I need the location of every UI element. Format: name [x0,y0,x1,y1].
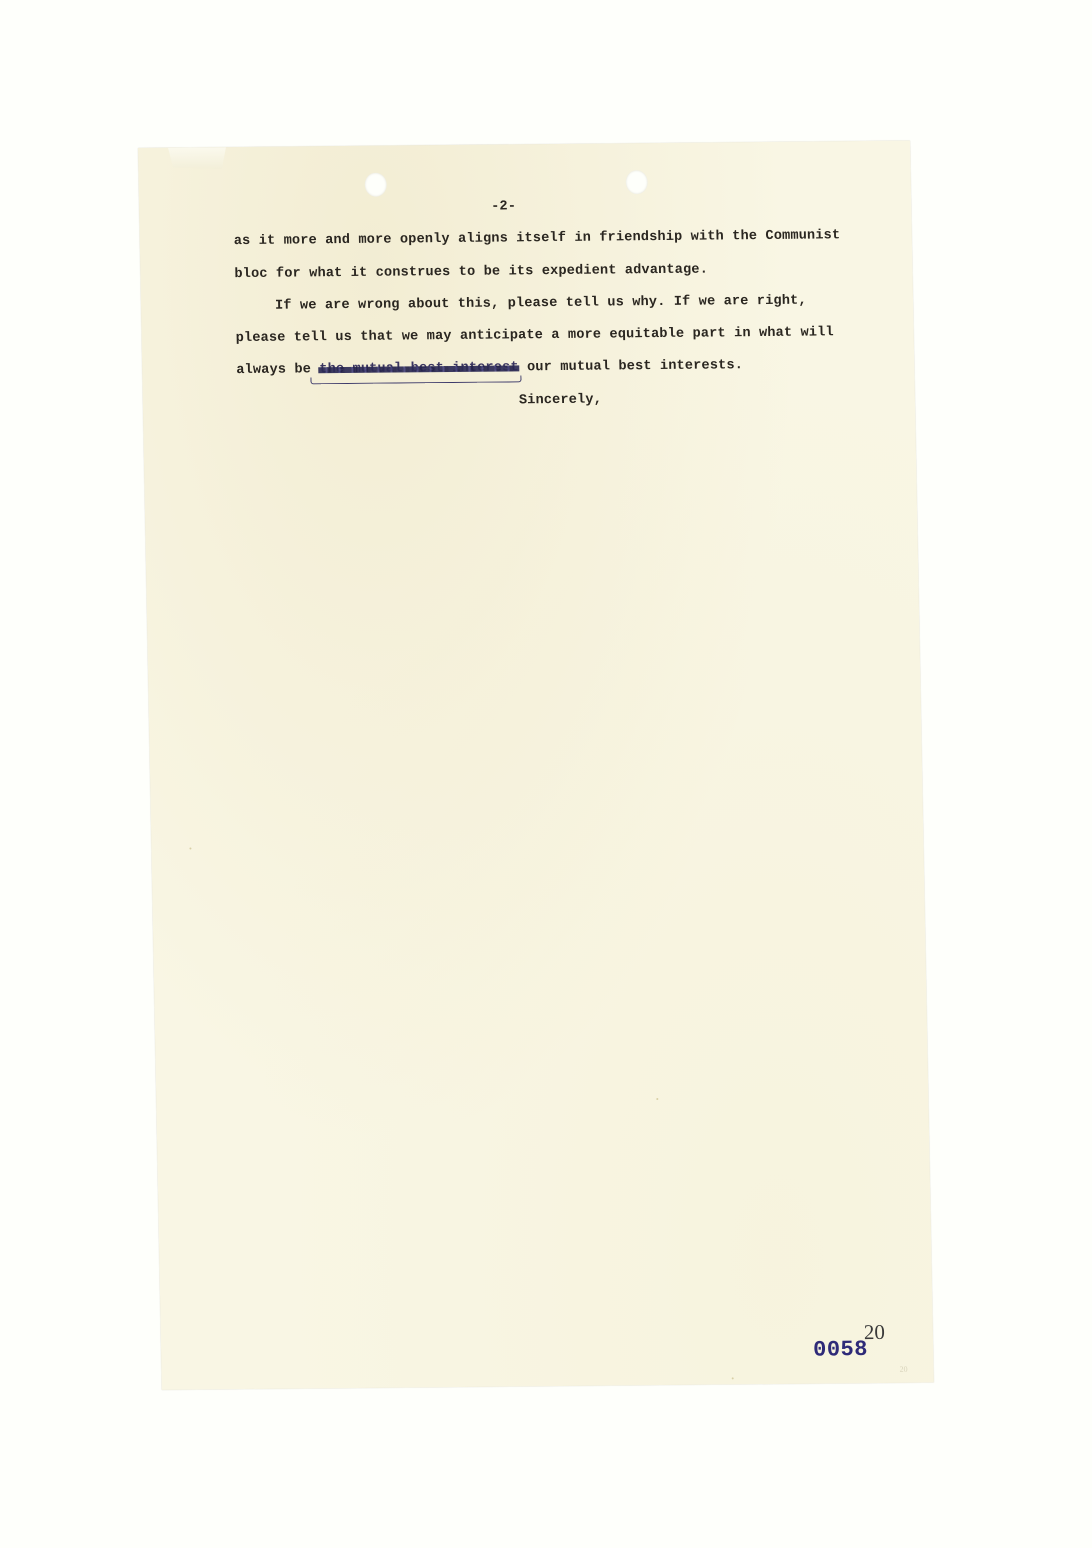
paragraph-start-line: If we are wrong about this, please tell … [275,295,807,314]
text-segment: our mutual best interests. [519,358,744,375]
text-line-with-correction: always be the mutual best interest our m… [236,359,743,377]
text-line: as it more and more openly aligns itself… [234,229,841,248]
page-marker: -2- [491,200,516,214]
correction-bracket [311,375,523,384]
paper-speck [656,1098,658,1100]
text-line: please tell us that we may anticipate a … [236,326,834,345]
text-segment: always be [236,362,319,378]
archive-stamp-number: 0058 [813,1339,868,1362]
text-line: bloc for what it construes to be its exp… [234,264,708,282]
paper-speck [732,1377,734,1379]
faint-pencil-mark: 20 [899,1365,907,1374]
paper-speck [189,848,191,850]
document-page: -2- as it more and more openly aligns it… [138,141,934,1390]
closing-salutation: Sincerely, [519,394,602,408]
struck-out-text: the mutual best interest [319,361,519,377]
punch-hole-left [365,173,387,197]
torn-corner [168,147,226,170]
punch-hole-right [625,170,647,194]
